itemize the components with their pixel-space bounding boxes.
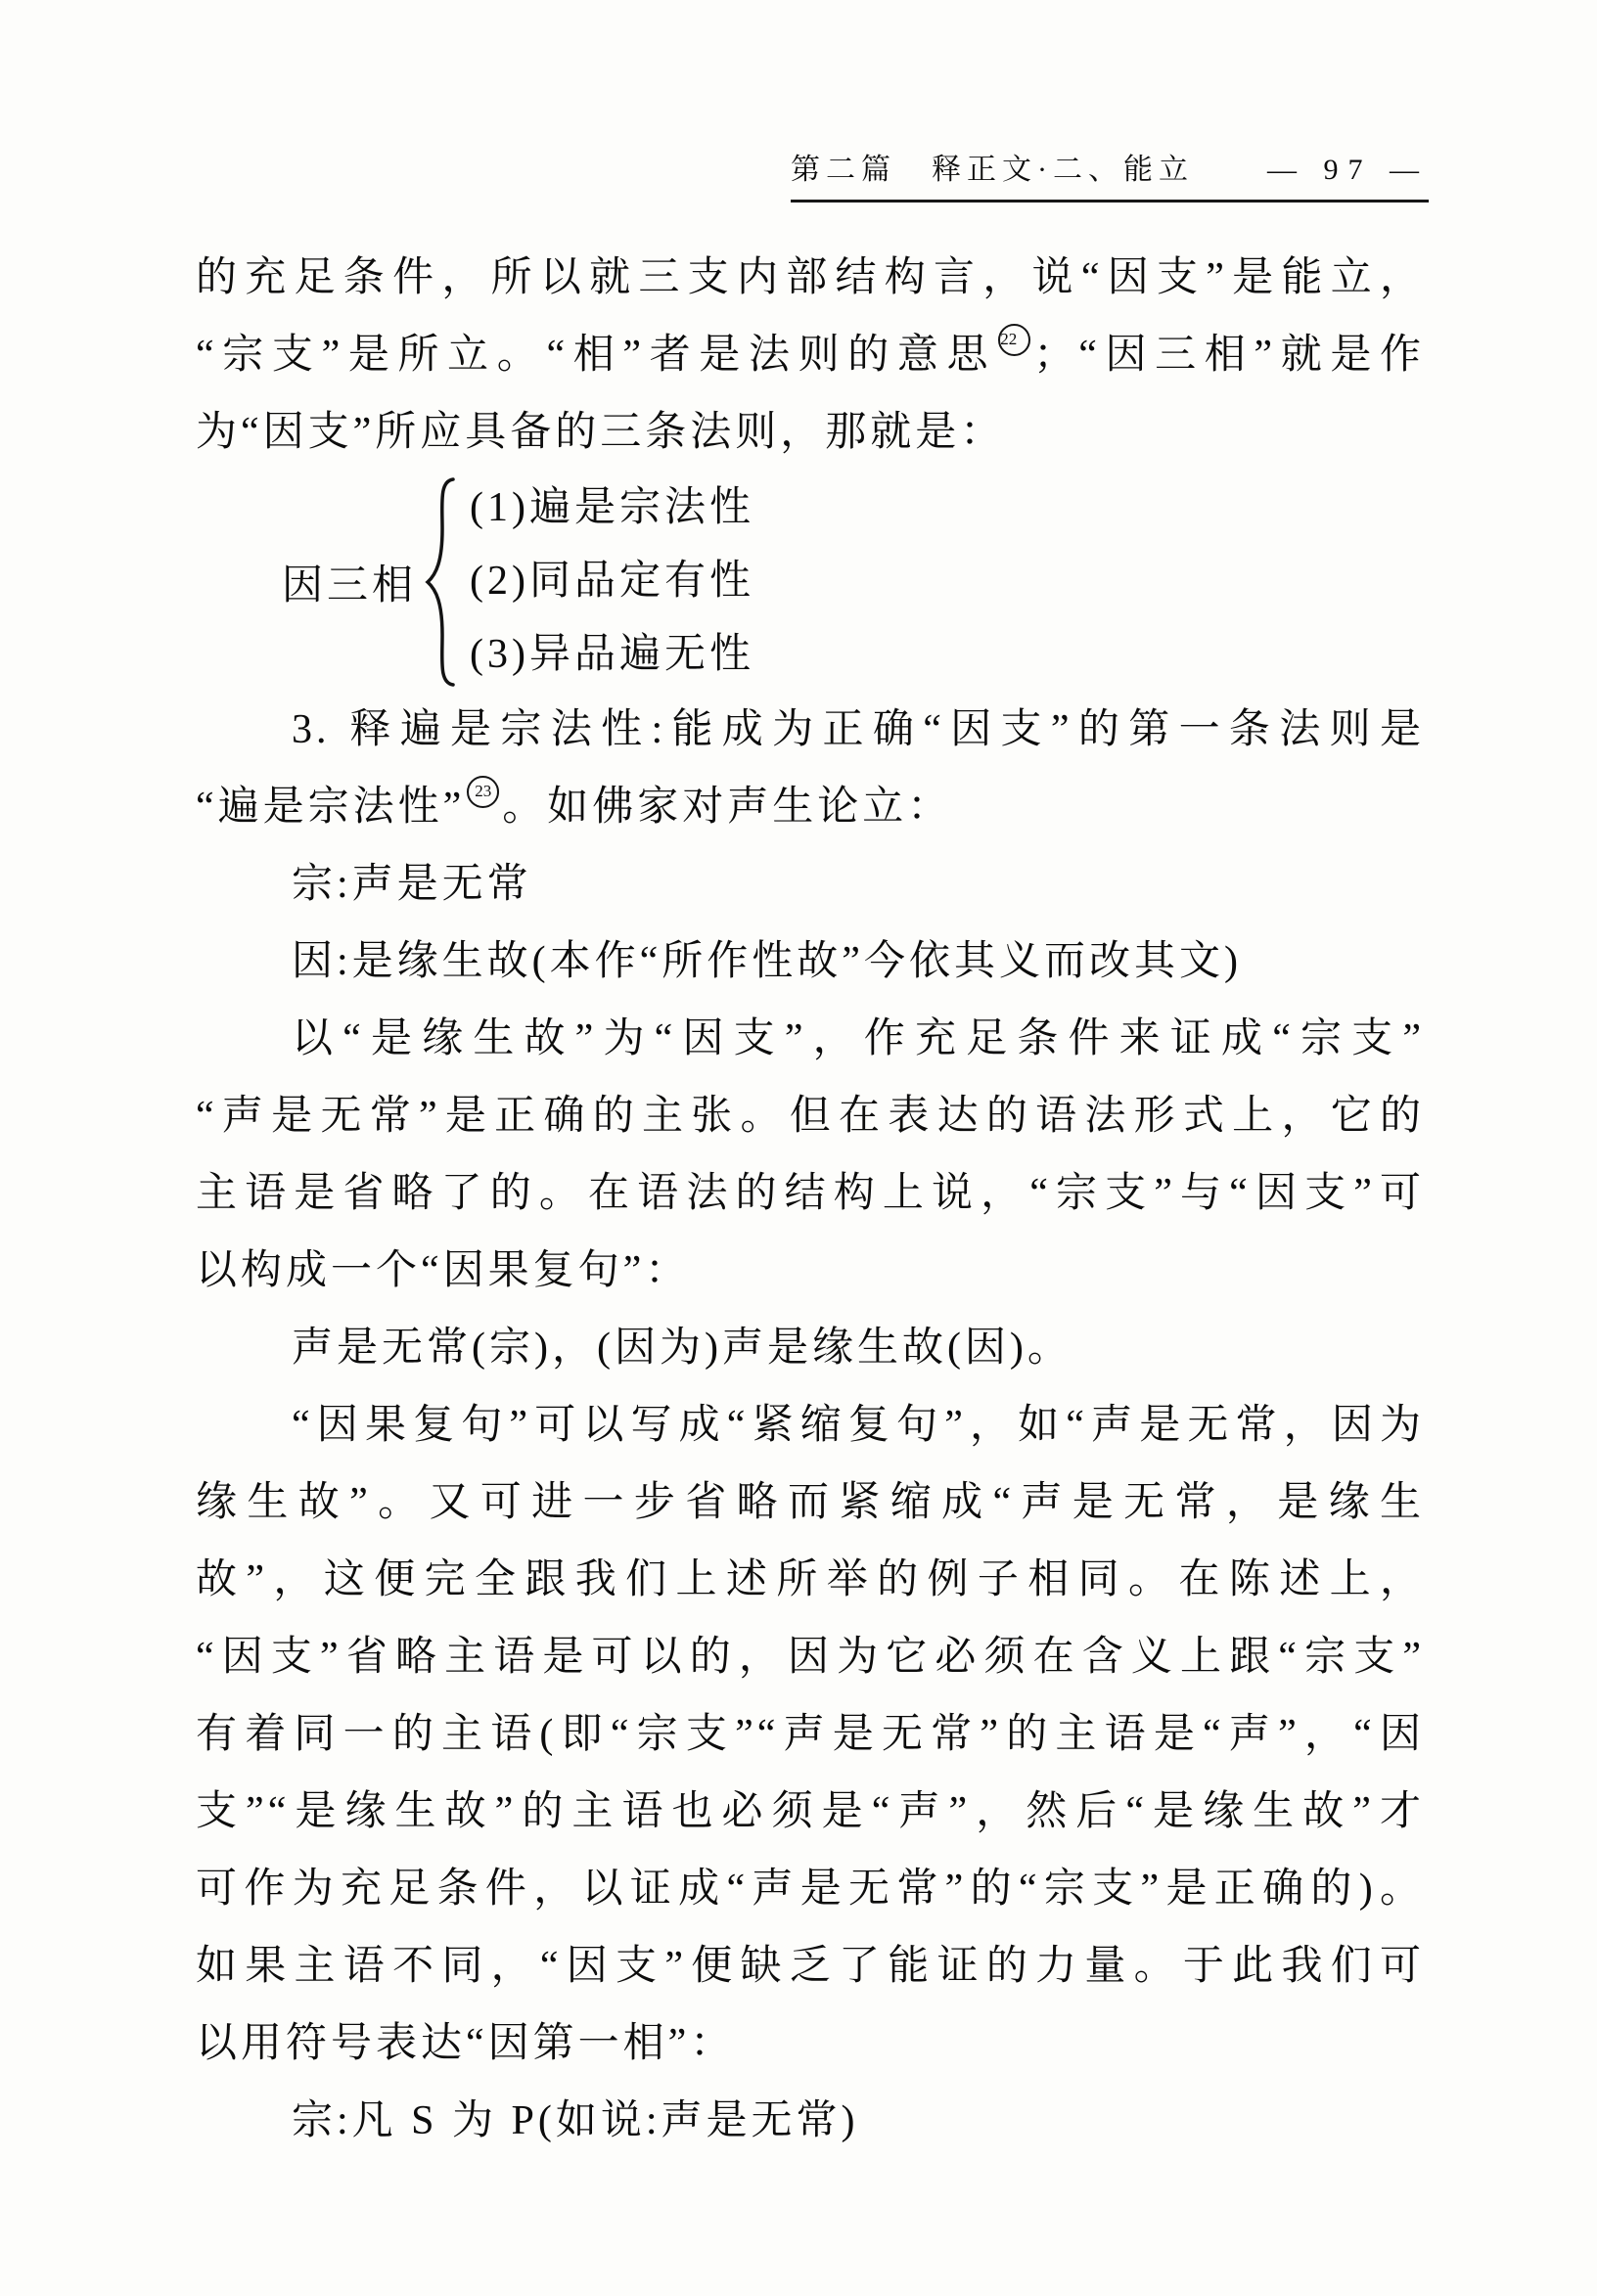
figure-item: (1)遍是宗法性 xyxy=(470,472,754,545)
figure-item-list: (1)遍是宗法性 (2)同品定有性 (3)异品遍无性 xyxy=(470,472,754,692)
text-segment: 。如佛家对声生论立： xyxy=(502,785,952,830)
text-segment: ；“因三相”就是作 xyxy=(1033,333,1425,378)
text-line: 的充足条件，所以就三支内部结构言，说“因支”是能立， xyxy=(196,240,1425,317)
text-line: 故”，这便完全跟我们上述所举的例子相同。在陈述上， xyxy=(196,1542,1425,1619)
text-line: 缘生故”。又可进一步省略而紧缩成“声是无常，是缘生 xyxy=(196,1464,1425,1542)
page-number: — 97 — xyxy=(1267,154,1429,187)
figure-item: (2)同品定有性 xyxy=(470,545,754,618)
page-number-value: 97 xyxy=(1324,154,1373,186)
running-title: 第二篇 释正文·二、能立 xyxy=(791,145,1194,188)
text-line: 以构成一个“因果复句”： xyxy=(196,1233,1425,1310)
page-header: 第二篇 释正文·二、能立 — 97 — xyxy=(791,145,1429,203)
page-number-dash-left: — xyxy=(1267,154,1306,186)
text-line: 3. 释遍是宗法性:能成为正确“因支”的第一条法则是 xyxy=(196,692,1425,769)
text-line: “声是无常”是正确的主张。但在表达的语法形式上，它的 xyxy=(196,1078,1425,1155)
page-number-dash-right: — xyxy=(1390,154,1429,186)
footnote-marker-23: 23 xyxy=(467,776,499,808)
page-body: 的充足条件，所以就三支内部结构言，说“因支”是能立， “宗支”是所立。“相”者是… xyxy=(196,240,1425,2160)
figure-item: (3)异品遍无性 xyxy=(470,618,754,692)
left-brace-icon xyxy=(423,475,460,689)
text-segment: “宗支”是所立。“相”者是法则的意思 xyxy=(196,333,996,378)
yin-san-xiang-figure: 因三相 (1)遍是宗法性 (2)同品定有性 (3)异品遍无性 xyxy=(196,472,1425,692)
text-line: 宗:凡 S 为 P(如说:声是无常) xyxy=(196,2083,1425,2160)
text-segment: “遍是宗法性” xyxy=(196,785,465,830)
text-line: “遍是宗法性”23。如佛家对声生论立： xyxy=(196,769,1425,846)
text-line: 以用符号表达“因第一相”： xyxy=(196,2005,1425,2083)
text-line: “因支”省略主语是可以的，因为它必须在含义上跟“宗支” xyxy=(196,1619,1425,1696)
text-line: “因果复句”可以写成“紧缩复句”，如“声是无常，因为 xyxy=(196,1387,1425,1464)
text-line: 有着同一的主语(即“宗支”“声是无常”的主语是“声”，“因 xyxy=(196,1696,1425,1774)
text-line: 因:是缘生故(本作“所作性故”今依其义而改其文) xyxy=(196,923,1425,1001)
text-line: 主语是省略了的。在语法的结构上说，“宗支”与“因支”可 xyxy=(196,1155,1425,1233)
figure-label: 因三相 xyxy=(282,553,417,611)
text-line: 声是无常(宗)，(因为)声是缘生故(因)。 xyxy=(196,1310,1425,1387)
text-line: 宗:声是无常 xyxy=(196,846,1425,923)
text-line: 以“是缘生故”为“因支”，作充足条件来证成“宗支” xyxy=(196,1001,1425,1078)
text-line: 如果主语不同，“因支”便缺乏了能证的力量。于此我们可 xyxy=(196,1928,1425,2005)
footnote-marker-22: 22 xyxy=(998,324,1030,356)
text-line: 支”“是缘生故”的主语也必须是“声”，然后“是缘生故”才 xyxy=(196,1774,1425,1851)
text-line: “宗支”是所立。“相”者是法则的意思22；“因三相”就是作 xyxy=(196,317,1425,394)
text-line: 可作为充足条件，以证成“声是无常”的“宗支”是正确的)。 xyxy=(196,1851,1425,1928)
text-line: 为“因支”所应具备的三条法则，那就是： xyxy=(196,394,1425,472)
book-page: 第二篇 释正文·二、能立 — 97 — 的充足条件，所以就三支内部结构言，说“因… xyxy=(0,0,1597,2296)
